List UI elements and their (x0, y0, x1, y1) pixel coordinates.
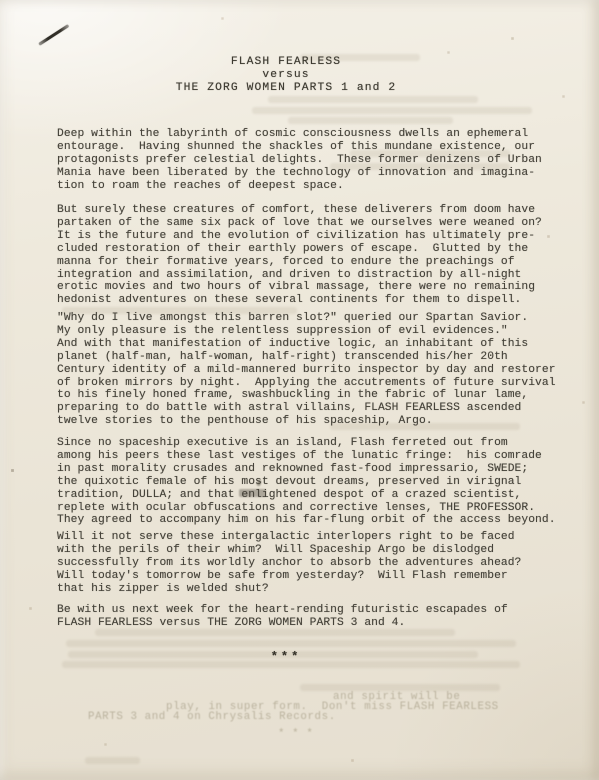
bleedthrough-bar (288, 117, 453, 124)
section-separator: *** (0, 650, 572, 664)
paragraph-4: Since no spaceship executive is an islan… (57, 437, 556, 527)
bleedthrough-bar (85, 757, 140, 764)
paragraph-2: But surely these creatures of comfort, t… (57, 204, 542, 307)
title-block: FLASH FEARLESS versus THE ZORG WOMEN PAR… (0, 56, 572, 96)
typeover-smudge (239, 489, 266, 497)
bleedthrough-bar (252, 107, 532, 114)
paragraph-6: Be with us next week for the heart-rendi… (57, 604, 508, 630)
paragraph-1: Deep within the labyrinth of cosmic cons… (57, 128, 542, 193)
title-line-2: versus (0, 69, 572, 82)
paragraph-5: Will it not serve these intergalactic in… (57, 531, 521, 596)
paper-specks (0, 0, 1, 1)
bleedthrough-text: PARTS 3 and 4 on Chrysalis Records. (88, 711, 336, 723)
paragraph-3: "Why do I live amongst this barren slot?… (57, 312, 556, 428)
title-line-1: FLASH FEARLESS (0, 56, 572, 69)
bleedthrough-bar (66, 640, 516, 647)
bleedthrough-bar (95, 629, 455, 636)
bleedthrough-text: * * * (278, 728, 313, 740)
bleedthrough-bar (300, 684, 500, 691)
scanned-page: and spirit will beplay, in super form. D… (0, 0, 599, 780)
bleedthrough-bar (268, 96, 478, 103)
title-line-3: THE ZORG WOMEN PARTS 1 and 2 (0, 82, 572, 95)
pen-mark (38, 24, 69, 45)
